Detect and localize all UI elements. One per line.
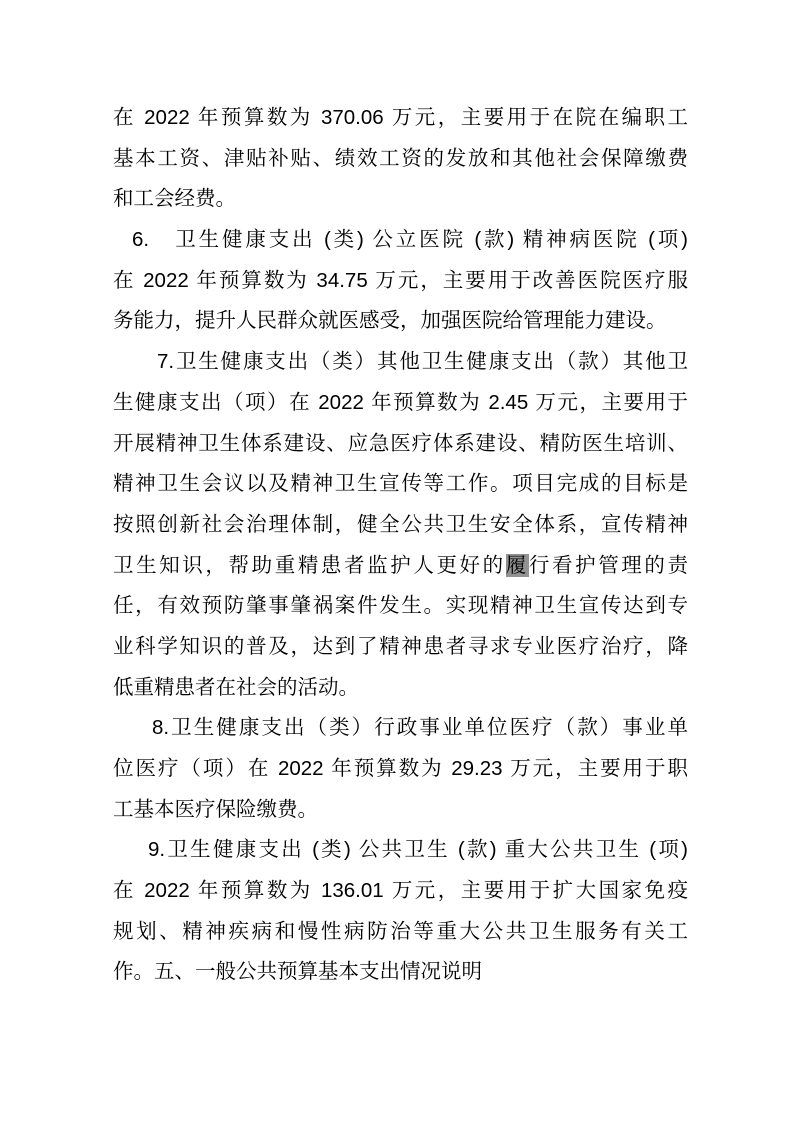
text-line: 按照创新社会治理体制，健全公共卫生安全体系，宣传精神 [113, 505, 688, 546]
paragraph-8: 8.卫生健康支出（类）行政事业单位医疗（款）事业单位医疗（项）在 2022 年预… [113, 708, 688, 830]
text-line: 精神卫生会议以及精神卫生宣传等工作。项目完成的目标是 [113, 464, 688, 505]
text-line: 6. 卫生健康支出 (类) 公立医院 (款) 精神病医院 (项) [113, 220, 688, 261]
text-line: 工基本医疗保险缴费。 [113, 790, 688, 831]
text-line: 位医疗（项）在 2022 年预算数为 29.23 万元，主要用于职 [113, 749, 688, 790]
text-line: 务能力，提升人民群众就医感受，加强医院给管理能力建设。 [113, 301, 688, 342]
text-line: 低重精患者在社会的活动。 [113, 668, 688, 709]
text-line: 基本工资、津贴补贴、绩效工资的发放和其他社会保障缴费 [113, 139, 688, 180]
text-line: 规划、精神疾病和慢性病防治等重大公共卫生服务有关工 [113, 912, 688, 953]
text-line: 生健康支出（项）在 2022 年预算数为 2.45 万元，主要用于 [113, 383, 688, 424]
document-page: 在 2022 年预算数为 370.06 万元，主要用于在院在编职工基本工资、津贴… [0, 0, 794, 1122]
text-line: 8.卫生健康支出（类）行政事业单位医疗（款）事业单 [113, 708, 688, 749]
text-line: 任，有效预防肇事肇祸案件发生。实现精神卫生宣传达到专 [113, 586, 688, 627]
text-line: 业科学知识的普及，达到了精神患者寻求专业医疗治疗，降 [113, 627, 688, 668]
shaded-character: 履 [506, 554, 529, 577]
text-line: 作。五、一般公共预算基本支出情况说明 [113, 952, 688, 993]
text-line: 7.卫生健康支出（类）其他卫生健康支出（款）其他卫 [113, 342, 688, 383]
paragraph-5-continuation: 在 2022 年预算数为 370.06 万元，主要用于在院在编职工基本工资、津贴… [113, 98, 688, 220]
text-line: 9.卫生健康支出 (类) 公共卫生 (款) 重大公共卫生 (项) [113, 830, 688, 871]
text-line: 在 2022 年预算数为 370.06 万元，主要用于在院在编职工 [113, 98, 688, 139]
paragraph-9: 9.卫生健康支出 (类) 公共卫生 (款) 重大公共卫生 (项)在 2022 年… [113, 830, 688, 993]
text-line: 卫生知识，帮助重精患者监护人更好的履行看护管理的责 [113, 546, 688, 587]
text-line: 和工会经费。 [113, 179, 688, 220]
text-block: 在 2022 年预算数为 370.06 万元，主要用于在院在编职工基本工资、津贴… [113, 98, 688, 993]
paragraph-7: 7.卫生健康支出（类）其他卫生健康支出（款）其他卫生健康支出（项）在 2022 … [113, 342, 688, 708]
paragraph-6: 6. 卫生健康支出 (类) 公立医院 (款) 精神病医院 (项)在 2022 年… [113, 220, 688, 342]
text-line: 在 2022 年预算数为 34.75 万元，主要用于改善医院医疗服 [113, 261, 688, 302]
text-line: 在 2022 年预算数为 136.01 万元，主要用于扩大国家免疫 [113, 871, 688, 912]
text-line: 开展精神卫生体系建设、应急医疗体系建设、精防医生培训、 [113, 424, 688, 465]
